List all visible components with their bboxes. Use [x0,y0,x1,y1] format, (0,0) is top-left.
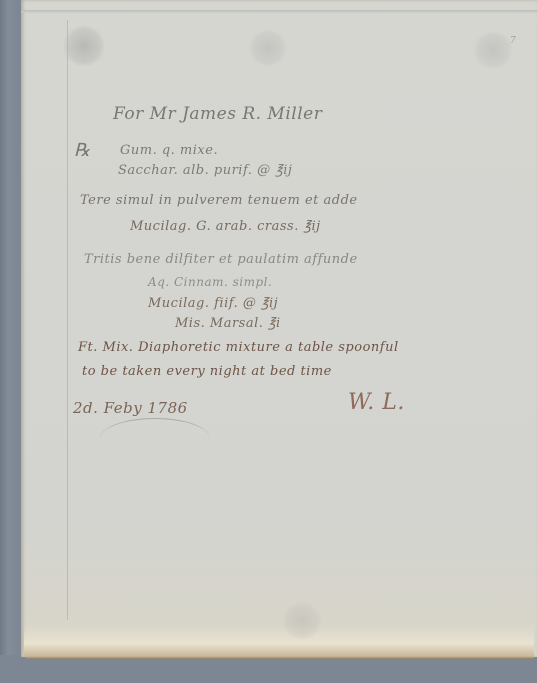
directions-line: to be taken every night at bed time [82,364,332,379]
ingredient-line: Gum. q. mixe. [120,143,218,158]
corner-mark: 7 [510,36,516,46]
scanner-background-bottom [0,655,537,683]
paper-bottom-edge [24,625,534,659]
foxing-stain [248,30,288,66]
foxing-stain [472,32,514,68]
directions-line: Ft. Mix. Diaphoretic mixture a table spo… [78,340,399,355]
rx-symbol: ℞ [74,140,91,161]
left-margin-rule [67,20,68,620]
ingredient-line: Aq. Cinnam. simpl. [148,275,272,289]
ingredient-line: Sacchar. alb. purif. @ ℥ij [118,163,292,178]
pen-flourish [100,418,210,459]
ingredient-line: Mucilag. G. arab. crass. ℥ij [130,219,321,234]
foxing-stain [62,26,106,66]
top-fold-line [21,10,537,13]
foxing-stain [282,602,322,640]
patient-line: For Mr James R. Miller [113,104,322,124]
instruction-line: Tritis bene dilfiter et paulatim affunde [84,252,358,267]
ingredient-line: Mis. Marsal. ℥i [175,316,281,331]
instruction-line: Tere simul in pulverem tenuem et adde [80,193,358,208]
date-line: 2d. Feby 1786 [73,399,188,417]
signature: W. L. [348,390,405,415]
ingredient-line: Mucilag. fiif. @ ℥ij [148,296,278,311]
